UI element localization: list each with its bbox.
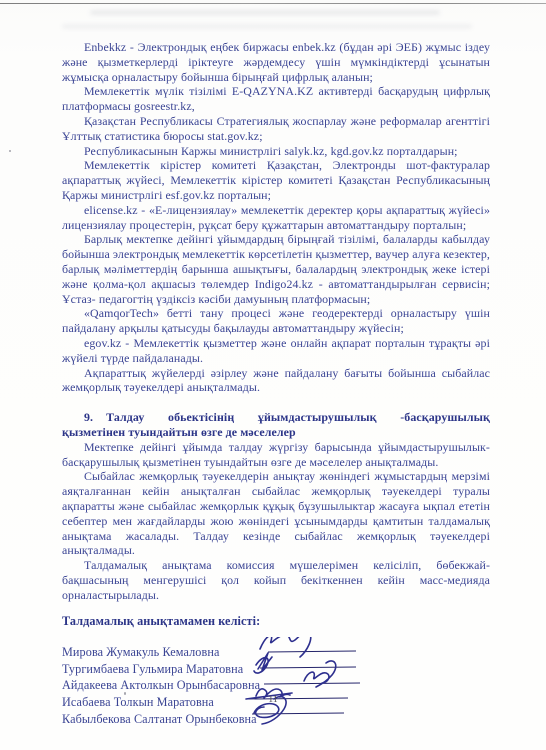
- signature-line: [260, 667, 356, 668]
- scan-speck: [9, 150, 11, 152]
- document-body: Enbekkz - Электрондық еңбек биржасы enbe…: [62, 40, 490, 739]
- paragraph: Қазақстан Республикасы Стратегиялық жосп…: [62, 114, 490, 144]
- signoff-section: Талдамалық анықтамамен келісті: Мирова Ж…: [62, 614, 490, 739]
- paragraph: Сыбайлас жемқорлық тәуекелдерін анықтау …: [62, 469, 490, 558]
- section-title: Талдау обьектісінің ұйымдастырушылық -ба…: [62, 410, 490, 439]
- paragraph: Талдамалық анықтама комиссия мүшелерімен…: [62, 558, 490, 602]
- bleed-through-artifact: [62, 24, 472, 29]
- signature-line: [252, 713, 344, 714]
- scan-edge-artifact: [0, 3, 546, 4]
- signature-stroke: [254, 653, 272, 673]
- handwritten-signatures: [244, 637, 444, 737]
- document-page: Enbekkz - Электрондық еңбек биржасы enbe…: [0, 0, 546, 750]
- paragraph: «QamqorTech» бетті тану процесі және гео…: [62, 306, 490, 336]
- paragraph: elicense.kz - «Е-лицензиялау» мемлекетті…: [62, 203, 490, 233]
- paragraph: Мемлекеттік кірістер комитеті Қазақстан,…: [62, 158, 490, 202]
- page-number: 11: [0, 695, 546, 705]
- paragraph: egov.kz - Мемлекеттік қызметтер және онл…: [62, 336, 490, 366]
- paragraph: Мектепке дейінгі ұйымда талдау жүргізу б…: [62, 440, 490, 470]
- section-9-heading: 9.Талдау обьектісінің ұйымдастырушылық -…: [62, 410, 490, 440]
- paragraph: Enbekkz - Электрондық еңбек биржасы enbe…: [62, 40, 490, 84]
- bleed-through-artifact: [90, 10, 440, 15]
- signature-line: [268, 651, 356, 652]
- paragraph: Барлық мектепке дейінгі ұйымдардың бірың…: [62, 232, 490, 306]
- signature-line: [264, 683, 360, 684]
- signoff-heading: Талдамалық анықтамамен келісті:: [62, 614, 490, 629]
- paragraph: Ақпараттық жүйелерді әзірлеу және пайдал…: [62, 366, 490, 396]
- section-number: 9.: [84, 410, 93, 424]
- paragraph: Мемлекеттік мүлік тізілімі E-QAZYNA.KZ а…: [62, 84, 490, 114]
- signature-area: Мирова Жумакуль Кемаловна Тургимбаева Гу…: [62, 644, 490, 739]
- paragraph: Республикасынын Каржы министрлігі salyk.…: [62, 144, 490, 159]
